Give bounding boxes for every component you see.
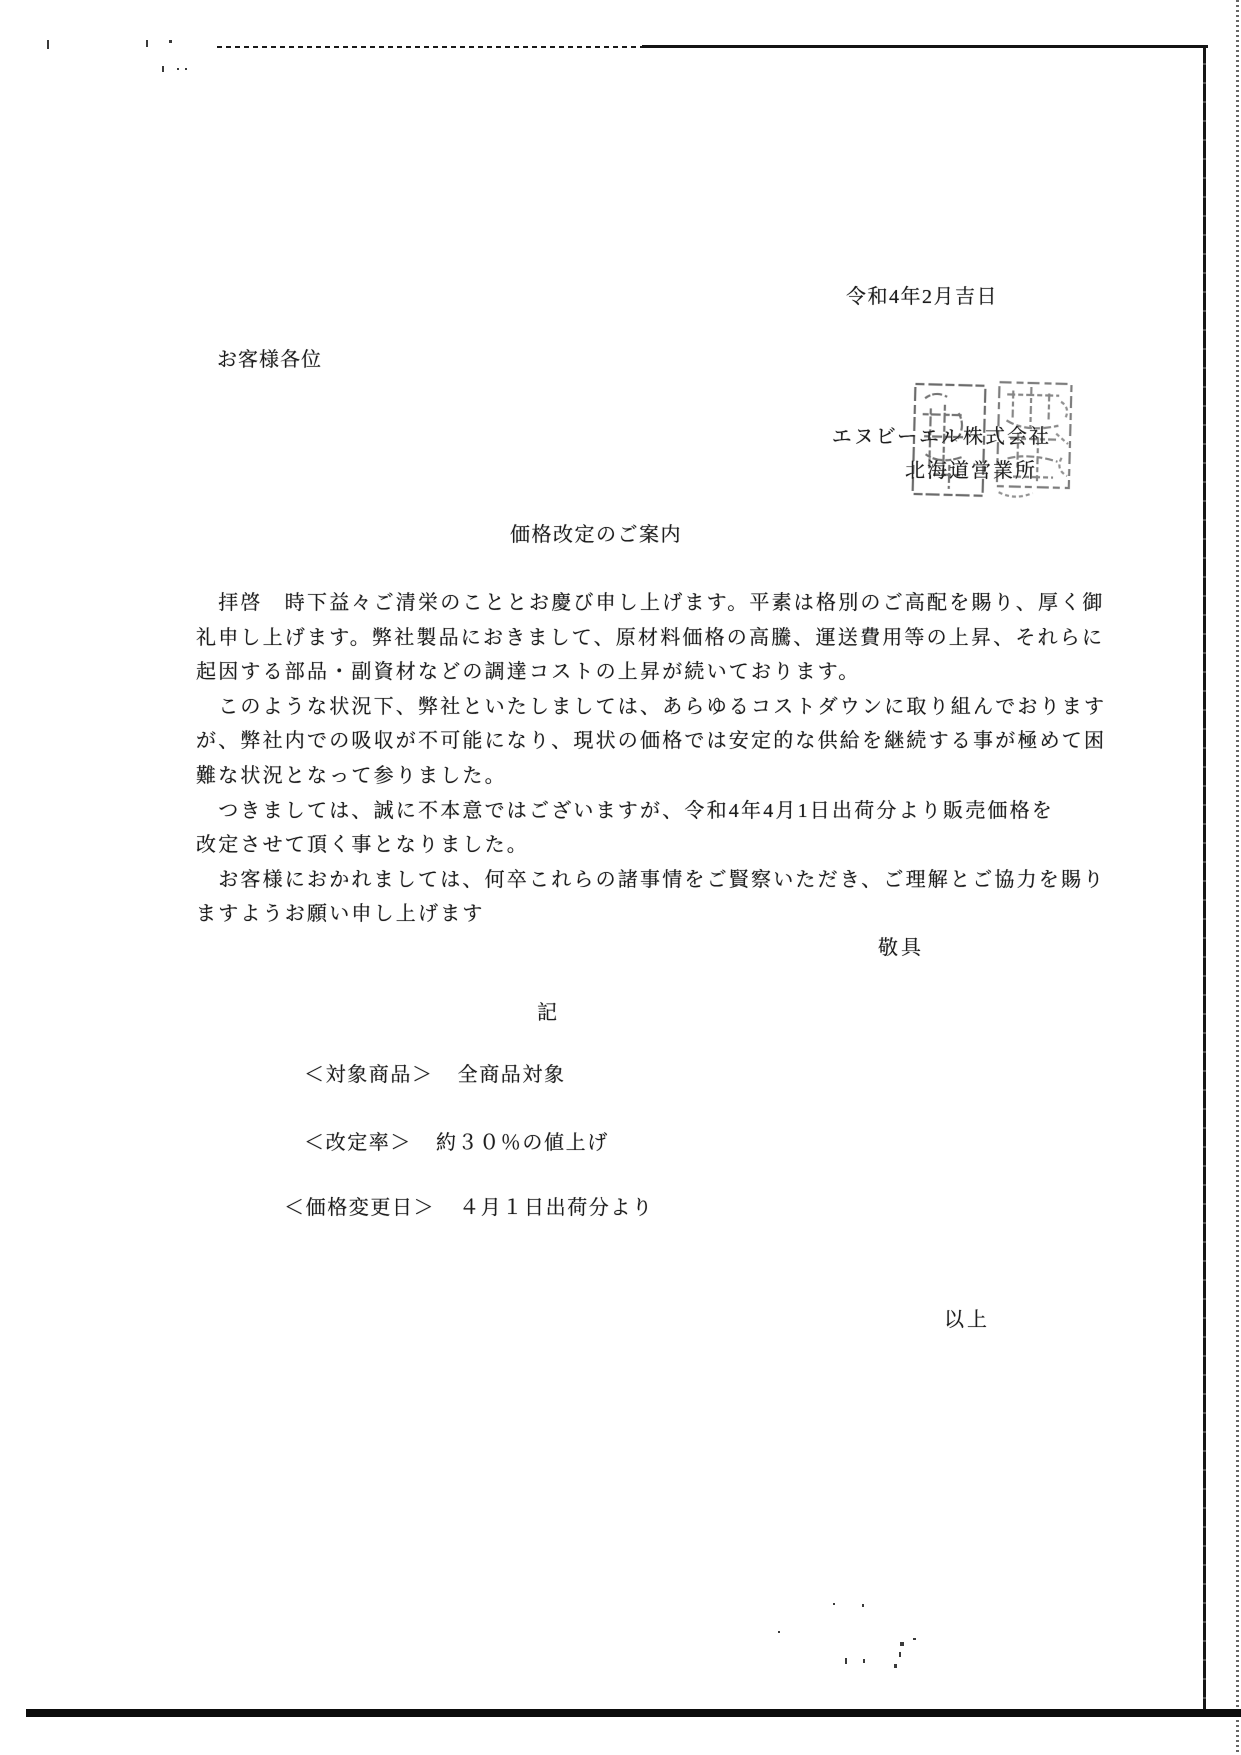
scan-speck (894, 1664, 897, 1668)
scan-speck (177, 68, 179, 70)
scan-speck (833, 1603, 835, 1605)
scan-speck (169, 40, 172, 43)
scan-speck (845, 1658, 847, 1664)
item-change-date: ＜価格変更日＞４月１日出荷分より (284, 1191, 654, 1220)
body-line: が、弊社内での吸収が不可能になり、現状の価格では安定的な供給を継続する事が極めて… (196, 724, 1111, 759)
scan-speck (146, 40, 148, 47)
end-mark: 以上 (944, 1303, 990, 1332)
body-line: このような状況下、弊社といたしましては、あらゆるコストダウンに取り組んでおります (196, 690, 1111, 725)
item-value: ４月１日出荷分より (459, 1197, 653, 1219)
letter-date: 令和4年2月吉日 (846, 280, 998, 309)
item-label: ＜改定率＞ (304, 1132, 412, 1154)
item-label: ＜対象商品＞ (304, 1064, 434, 1086)
scan-speck (863, 1659, 865, 1663)
body-line: つきましては、誠に不本意ではございますが、令和4年4月1日出荷分より販売価格を (196, 794, 1111, 829)
scan-speck (862, 1604, 864, 1607)
scan-black-bar-bottom (26, 1709, 1241, 1717)
item-value: 全商品対象 (458, 1064, 566, 1086)
body-line: 起因する部品・副資材などの調達コストの上昇が続いております。 (196, 655, 1111, 690)
scan-speck (778, 1631, 780, 1633)
body-line: 礼申し上げます。弊社製品におきまして、原材料価格の高騰、運送費用等の上昇、それら… (196, 621, 1111, 656)
scan-edge-line-top-dotted (217, 46, 642, 48)
scan-edge-line-top (642, 45, 1208, 48)
scan-speck (899, 1652, 901, 1657)
item-label: ＜価格変更日＞ (284, 1197, 435, 1219)
letter-title: 価格改定のご案内 (510, 518, 682, 547)
body-line: お客様におかれましては、何卒これらの諸事情をご賢察いただき、ご理解とご協力を賜り (196, 863, 1111, 898)
item-revision-rate: ＜改定率＞約３０％の値上げ (304, 1126, 609, 1155)
scan-speck (913, 1638, 916, 1640)
scan-speck (185, 68, 187, 70)
scanned-letter-page: 令和4年2月吉日 お客様各位 エヌビーエル株式会社 北海道営業所 価格改定のご案… (0, 0, 1241, 1755)
addressee: お客様各位 (217, 343, 322, 372)
body-line: 難な状況となって参りました。 (196, 759, 1111, 794)
item-target-products: ＜対象商品＞全商品対象 (304, 1058, 566, 1087)
body-line: 改定させて頂く事となりました。 (196, 828, 1111, 863)
scan-speck (162, 66, 164, 72)
record-heading: 記 (537, 996, 557, 1025)
body-line: ますようお願い申し上げます (196, 897, 1111, 932)
scan-speck (900, 1642, 904, 1646)
company-seal-stamp (908, 378, 1075, 504)
closing-keigu: 敬具 (878, 931, 924, 960)
body-line: 拝啓 時下益々ご清栄のこととお慶び申し上げます。平素は格別のご高配を賜り、厚く御 (196, 586, 1111, 621)
letter-body: 拝啓 時下益々ご清栄のこととお慶び申し上げます。平素は格別のご高配を賜り、厚く御… (196, 586, 1111, 932)
scan-speck (47, 40, 49, 49)
scan-noise-right-edge (1236, 0, 1239, 1755)
scan-edge-line-right (1203, 46, 1206, 1712)
item-value: 約３０％の値上げ (436, 1132, 609, 1154)
